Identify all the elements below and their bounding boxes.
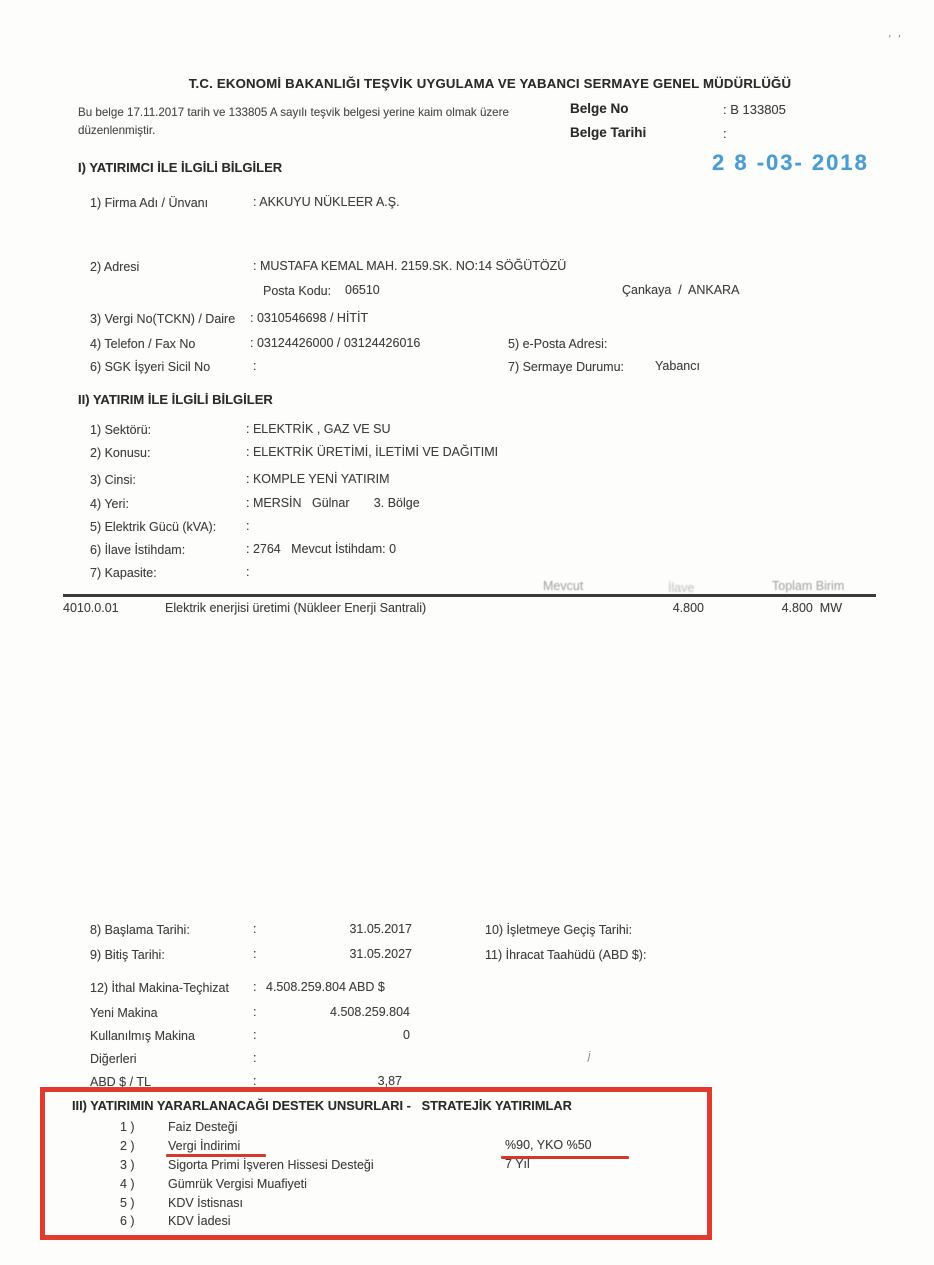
section3-heading: III) YATIRIMIN YARARLANACAĞI DESTEK UNSU… [72,1098,572,1113]
sermaye-value: Yabancı [655,359,700,374]
capacity-row-desc: Elektrik enerjisi üretimi (Nükleer Enerj… [165,601,426,616]
support-item-2-num: 2 ) [120,1139,135,1154]
digerleri-label: Diğerleri [90,1052,137,1067]
capacity-header-mevcut: Mevcut [543,579,583,594]
kapasite-label: 7) Kapasite: [90,566,157,581]
elektrik-gucu-value: : [246,519,249,534]
isletmeye-gecis-label: 10) İşletmeye Geçiş Tarihi: [485,923,632,938]
kapasite-value: : [246,565,249,580]
vergi-no-value: : 0310546698 / HİTİT [250,311,368,326]
capacity-row-code: 4010.0.01 [63,601,119,616]
cinsi-label: 3) Cinsi: [90,473,136,488]
posta-kodu-value: 06510 [345,283,380,298]
city-value: Çankaya / ANKARA [622,283,739,298]
scan-artifact-digerleri: j [588,1050,590,1063]
sermaye-label: 7) Sermaye Durumu: [508,360,624,375]
support-item-6-num: 6 ) [120,1214,135,1229]
capacity-row-ilave: 4.800 [620,601,704,616]
yeri-value: : MERSİN Gülnar 3. Bölge [246,496,420,511]
eposta-label: 5) e-Posta Adresi: [508,337,607,352]
support-item-3-num: 3 ) [120,1158,135,1173]
yeni-makina-label: Yeni Makina [90,1006,158,1021]
sektoru-value: : ELEKTRİK , GAZ VE SU [246,422,390,437]
support-item-3-label: Sigorta Primi İşveren Hissesi Desteği [168,1158,374,1173]
belge-no-label: Belge No [570,101,629,117]
konusu-value: : ELEKTRİK ÜRETİMİ, İLETİMİ VE DAĞITIMI [246,445,498,460]
date-stamp: 2 8 -03- 2018 [712,150,869,176]
baslama-tarihi-value: 31.05.2017 [320,922,412,937]
kullanilmis-makina-value: 0 [300,1028,410,1043]
support-item-2-label: Vergi İndirimi [168,1139,240,1154]
firma-label: 1) Firma Adı / Ünvanı [90,196,208,211]
firma-value: : AKKUYU NÜKLEER A.Ş. [253,195,400,210]
capacity-row-toplam: 4.800 MW [750,601,842,616]
support-item-6-label: KDV İadesi [168,1214,231,1229]
replacement-note-line2: düzenlenmiştir. [78,124,155,138]
section1-heading: I) YATIRIMCI İLE İLGİLİ BİLGİLER [78,160,282,176]
ithal-makina-value: 4.508.259.804 ABD $ [266,980,385,995]
sektoru-label: 1) Sektörü: [90,423,151,438]
baslama-colon: : [253,922,256,937]
yeri-label: 4) Yeri: [90,497,129,512]
telefon-label: 4) Telefon / Fax No [90,337,195,352]
cinsi-value: : KOMPLE YENİ YATIRIM [246,472,390,487]
digerleri-colon: : [253,1051,256,1066]
support-item-2-value: %90, YKO %50 [505,1138,592,1153]
support-item-5-label: KDV İstisnası [168,1196,243,1211]
kullanilmis-makina-colon: : [253,1028,256,1043]
konusu-label: 2) Konusu: [90,446,150,461]
elektrik-gucu-label: 5) Elektrik Gücü (kVA): [90,520,216,535]
vergi-no-label: 3) Vergi No(TCKN) / Daire [90,312,235,327]
adres-value: : MUSTAFA KEMAL MAH. 2159.SK. NO:14 SÖĞÜ… [253,259,566,274]
support-item-4-label: Gümrük Vergisi Muafiyeti [168,1177,307,1192]
scan-artifact-corner: ՚ ՚ [888,34,901,47]
belge-tarihi-label: Belge Tarihi [570,125,646,141]
kullanilmis-makina-label: Kullanılmış Makina [90,1029,195,1044]
sgk-label: 6) SGK İşyeri Sicil No [90,360,210,375]
document-title: T.C. EKONOMİ BAKANLIĞI TEŞVİK UYGULAMA V… [60,76,920,92]
ilave-istihdam-label: 6) İlave İstihdam: [90,543,185,558]
support-item-1-num: 1 ) [120,1120,135,1135]
belge-tarihi-value: : [723,126,727,142]
ilave-istihdam-value: : 2764 Mevcut İstihdam: 0 [246,542,396,557]
ithal-makina-colon: : [253,980,256,995]
adres-label: 2) Adresi [90,260,139,275]
telefon-value: : 03124426000 / 03124426016 [250,336,420,351]
baslama-tarihi-label: 8) Başlama Tarihi: [90,923,190,938]
replacement-note-line1: Bu belge 17.11.2017 tarih ve 133805 A sa… [78,106,509,120]
ithal-makina-label: 12) İthal Makina-Teçhizat [90,981,229,996]
ihracat-taahudu-label: 11) İhracat Taahüdü (ABD $): [485,948,646,963]
bitis-colon: : [253,947,256,962]
belge-no-value: : B 133805 [723,102,786,118]
support-item-3-value: 7 Yıl [505,1157,530,1172]
red-underline-vergi-indirimi [166,1154,266,1157]
support-item-4-num: 4 ) [120,1177,135,1192]
support-item-5-num: 5 ) [120,1196,135,1211]
bitis-tarihi-label: 9) Bitiş Tarihi: [90,948,165,963]
bitis-tarihi-value: 31.05.2027 [320,947,412,962]
capacity-header-toplam: Toplam Birim [772,579,844,594]
yeni-makina-value: 4.508.259.804 [300,1005,410,1020]
document-page: T.C. EKONOMİ BAKANLIĞI TEŞVİK UYGULAMA V… [0,0,934,1265]
support-item-1-label: Faiz Desteği [168,1120,237,1135]
capacity-table-rule [63,594,876,597]
posta-kodu-label: Posta Kodu: [263,284,331,299]
section2-heading: II) YATIRIM İLE İLGİLİ BİLGİLER [78,392,273,408]
yeni-makina-colon: : [253,1005,256,1020]
sgk-value: : [253,359,256,374]
